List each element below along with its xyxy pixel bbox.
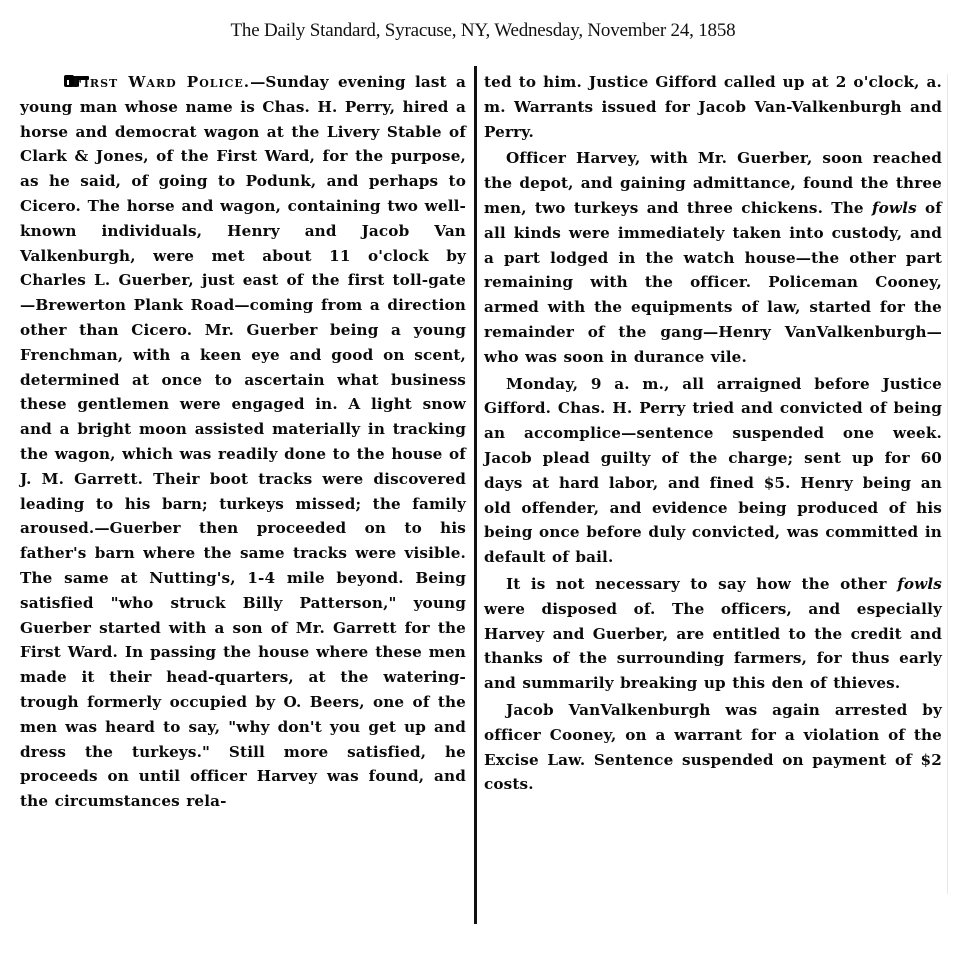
article-lead-text: —Sunday evening last a young man whose n…	[20, 73, 466, 810]
paragraph-text: of all kinds were immediately taken into…	[484, 199, 942, 366]
article-headline: First Ward Police.	[72, 73, 250, 91]
clipping-right-edge	[947, 74, 948, 894]
article-paragraph-2: Officer Harvey, with Mr. Guerber, soon r…	[484, 146, 942, 369]
column-divider	[474, 66, 477, 924]
article-paragraph-4: It is not necessary to say how the other…	[484, 572, 942, 696]
article-paragraph-5: Jacob VanValkenburgh was again arrested …	[484, 698, 942, 797]
pointing-hand-icon	[42, 71, 68, 85]
italic-word: fowls	[897, 575, 942, 593]
newspaper-clipping: First Ward Police.—Sunday evening last a…	[14, 64, 954, 944]
article-paragraph-3: Monday, 9 a. m., all arraigned before Ju…	[484, 372, 942, 570]
paragraph-text: were disposed of. The officers, and espe…	[484, 600, 942, 692]
article-right-column: ted to him. Justice Gifford called up at…	[484, 70, 942, 797]
article-paragraph-1: First Ward Police.—Sunday evening last a…	[20, 70, 466, 814]
article-left-column: First Ward Police.—Sunday evening last a…	[20, 70, 466, 814]
article-paragraph-continued: ted to him. Justice Gifford called up at…	[484, 70, 942, 144]
italic-word: fowls	[872, 199, 917, 217]
page-caption: The Daily Standard, Syracuse, NY, Wednes…	[0, 20, 966, 42]
paragraph-text: It is not necessary to say how the other	[506, 575, 897, 593]
